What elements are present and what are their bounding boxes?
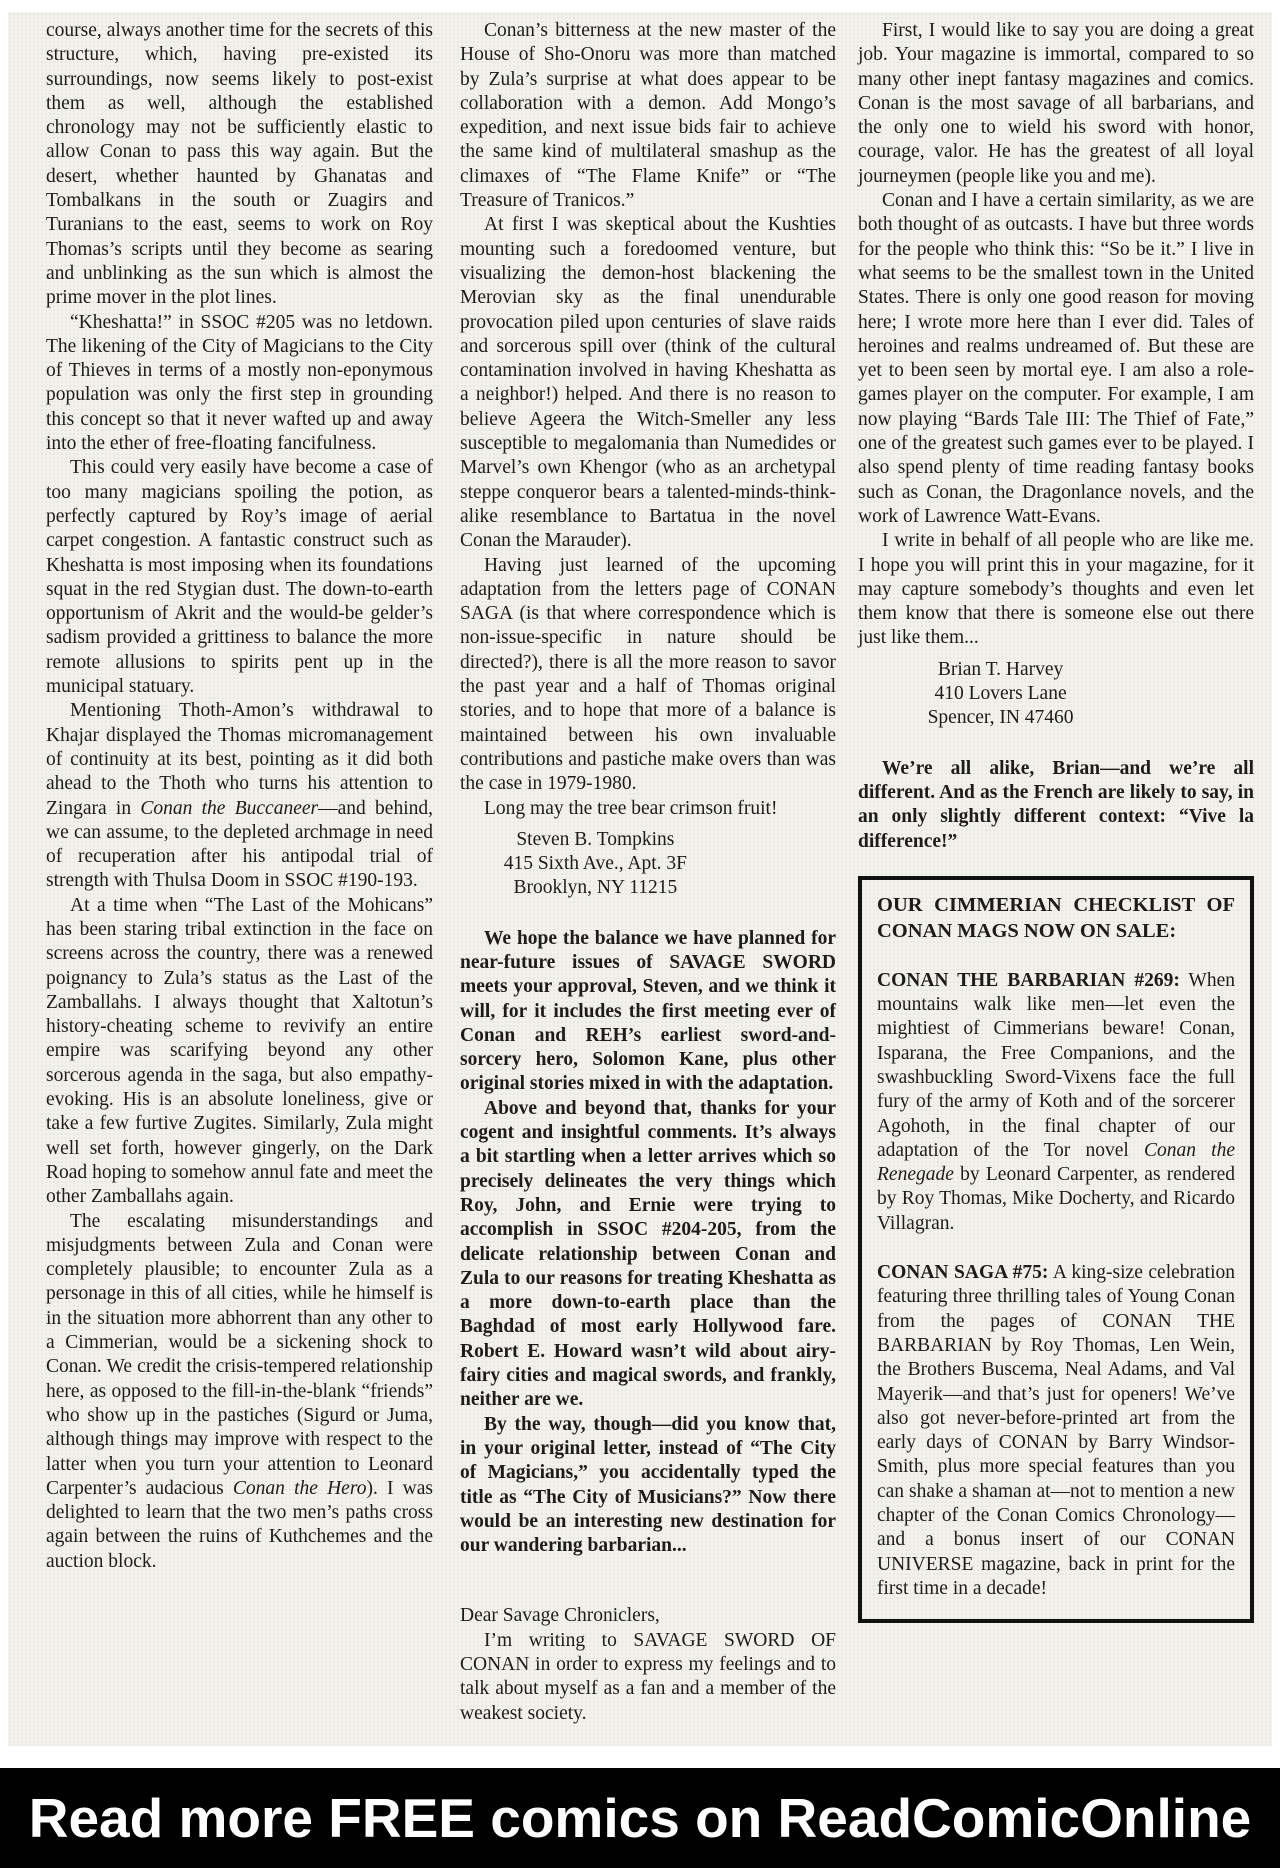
letter-column-right: First, I would like to say you are doing… bbox=[858, 19, 1254, 1623]
signature-line: Brooklyn, NY 11215 bbox=[460, 876, 731, 900]
letter-column-left: course, always another time for the secr… bbox=[46, 19, 433, 1574]
checklist-box: OUR CIMMERIAN CHECKLIST OFCONAN MAGS NOW… bbox=[858, 876, 1254, 1623]
paragraph: Conan and I have a certain similarity, a… bbox=[858, 189, 1254, 529]
paragraph: At first I was skeptical about the Kusht… bbox=[460, 213, 836, 553]
text-run: I’m writing to SAVAGE SWORD OF CONAN in … bbox=[460, 1630, 836, 1724]
text-run: We hope the balance we have planned for … bbox=[460, 928, 836, 1095]
signature-line: Steven B. Tompkins bbox=[460, 828, 731, 852]
text-run: Above and beyond that, thanks for your c… bbox=[460, 1098, 836, 1411]
checklist-entry: CONAN SAGA #75: A king-size celebration … bbox=[877, 1261, 1235, 1601]
text-run: “Kheshatta!” in SSOC #205 was no letdown… bbox=[46, 312, 433, 454]
text-run: A king-size celebration featuring three … bbox=[877, 1262, 1235, 1599]
text-run: Dear Savage Chroniclers, bbox=[460, 1605, 660, 1626]
paragraph: At a time when “The Last of the Mohicans… bbox=[46, 894, 433, 1210]
checklist-title-line: OUR CIMMERIAN CHECKLIST OF bbox=[877, 892, 1235, 918]
italic-run: Conan the Buccaneer bbox=[140, 798, 318, 819]
text-run: The escalating misunderstandings and mis… bbox=[46, 1211, 433, 1499]
text-run: I write in behalf of all people who are … bbox=[858, 530, 1254, 648]
paragraph: I’m writing to SAVAGE SWORD OF CONAN in … bbox=[460, 1629, 836, 1726]
letter-signature: Steven B. Tompkins415 Sixth Ave., Apt. 3… bbox=[460, 828, 731, 901]
signature-line: Spencer, IN 47460 bbox=[858, 706, 1143, 730]
letter-column-middle: Conan’s bitterness at the new master of … bbox=[460, 19, 836, 1726]
paragraph: Long may the tree bear crimson fruit! bbox=[460, 797, 836, 821]
paragraph: We hope the balance we have planned for … bbox=[460, 927, 836, 1097]
paragraph: First, I would like to say you are doing… bbox=[858, 19, 1254, 189]
text-run: When mountains walk like men—let even th… bbox=[877, 970, 1235, 1161]
banner-text: Read more FREE comics on ReadComicOnline bbox=[29, 1786, 1252, 1850]
paragraph: The escalating misunderstandings and mis… bbox=[46, 1210, 433, 1574]
readcomiconline-banner[interactable]: Read more FREE comics on ReadComicOnline bbox=[0, 1768, 1280, 1868]
bold-run: CONAN THE BARBARIAN #269: bbox=[877, 970, 1180, 991]
signature-line: Brian T. Harvey bbox=[858, 658, 1143, 682]
text-run: By the way, though—did you know that, in… bbox=[460, 1414, 836, 1556]
checklist-entry: CONAN THE BARBARIAN #269: When mountains… bbox=[877, 969, 1235, 1236]
checklist-title-line: CONAN MAGS NOW ON SALE: bbox=[877, 918, 1235, 944]
letter-salutation: Dear Savage Chroniclers, bbox=[460, 1604, 836, 1628]
text-run: Long may the tree bear crimson fruit! bbox=[484, 798, 777, 819]
letter-signature: Brian T. Harvey410 Lovers LaneSpencer, I… bbox=[858, 658, 1143, 731]
text-run: course, always another time for the secr… bbox=[46, 20, 433, 308]
paragraph: Above and beyond that, thanks for your c… bbox=[460, 1097, 836, 1413]
paragraph: “Kheshatta!” in SSOC #205 was no letdown… bbox=[46, 311, 433, 457]
paragraph: Having just learned of the upcoming adap… bbox=[460, 554, 836, 797]
italic-run: Conan the Hero bbox=[233, 1478, 367, 1499]
bold-run: CONAN SAGA #75: bbox=[877, 1262, 1048, 1283]
text-run: We’re all alike, Brian—and we’re all dif… bbox=[858, 758, 1254, 852]
signature-line: 410 Lovers Lane bbox=[858, 682, 1143, 706]
signature-line: 415 Sixth Ave., Apt. 3F bbox=[460, 852, 731, 876]
text-run: Having just learned of the upcoming adap… bbox=[460, 555, 836, 795]
text-run: At a time when “The Last of the Mohicans… bbox=[46, 895, 433, 1208]
text-run: At first I was skeptical about the Kusht… bbox=[460, 214, 836, 551]
text-run: This could very easily have become a cas… bbox=[46, 457, 433, 697]
paragraph: We’re all alike, Brian—and we’re all dif… bbox=[858, 757, 1254, 854]
paragraph: course, always another time for the secr… bbox=[46, 19, 433, 311]
text-run: Conan and I have a certain similarity, a… bbox=[858, 190, 1254, 527]
text-run: Conan’s bitterness at the new master of … bbox=[460, 20, 836, 211]
paragraph: This could very easily have become a cas… bbox=[46, 456, 433, 699]
text-run: First, I would like to say you are doing… bbox=[858, 20, 1254, 187]
paragraph: By the way, though—did you know that, in… bbox=[460, 1413, 836, 1559]
paragraph: Conan’s bitterness at the new master of … bbox=[460, 19, 836, 213]
paragraph: Mentioning Thoth-Amon’s withdrawal to Kh… bbox=[46, 699, 433, 893]
paragraph: I write in behalf of all people who are … bbox=[858, 529, 1254, 650]
